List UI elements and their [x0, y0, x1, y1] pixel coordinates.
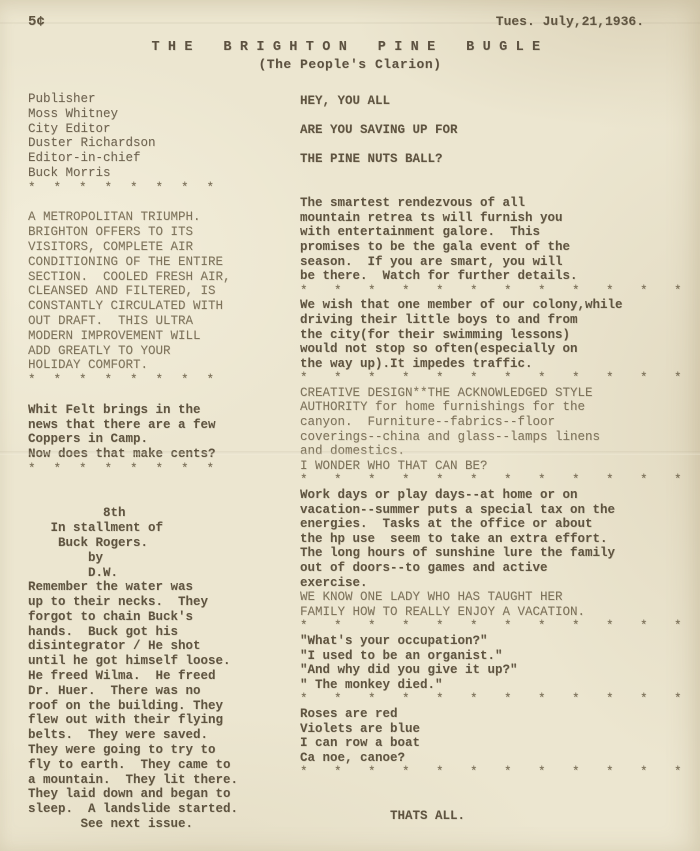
text-line: roof on the building. They — [28, 699, 300, 714]
text-line — [28, 477, 300, 492]
newspaper-page: { "header": { "price": "5¢", "date": "Tu… — [0, 0, 700, 851]
text-line: " The monkey died." — [300, 678, 698, 693]
text-line: City Editor — [28, 122, 300, 137]
vacation-item: Work days or play days--at home or onvac… — [300, 488, 698, 590]
pine-nuts-ball-headline: HEY, YOU ALLARE YOU SAVING UP FORTHE PIN… — [300, 94, 698, 196]
text-line: They were going to try to — [28, 743, 300, 758]
text-line: ADD GREATLY TO YOUR — [28, 344, 300, 359]
text-line: forgot to chain Buck's — [28, 610, 300, 625]
text-line — [300, 138, 698, 153]
text-line: Publisher — [28, 92, 300, 107]
left-column: PublisherMoss WhitneyCity EditorDuster R… — [28, 92, 300, 832]
text-line: CREATIVE DESIGN**THE ACKNOWLEDGED STYLE — [300, 386, 698, 401]
air-conditioning-article: A METROPOLITAN TRIUMPH.BRIGHTON OFFERS T… — [28, 196, 300, 374]
text-line: HEY, YOU ALL — [300, 94, 698, 109]
text-line: CONSTANTLY CIRCULATED WITH — [28, 299, 300, 314]
asterisk-separator: * * * * * * * * * * * * * * — [300, 284, 698, 299]
text-line: MODERN IMPROVEMENT WILL — [28, 329, 300, 344]
text-line: Duster Richardson — [28, 136, 300, 151]
price-label: 5¢ — [28, 14, 45, 30]
text-line: Violets are blue — [300, 722, 698, 737]
text-line: fly to earth. They came to — [28, 758, 300, 773]
text-line: Editor-in-chief — [28, 151, 300, 166]
text-line: until he got himself loose. — [28, 654, 300, 669]
text-line — [300, 109, 698, 124]
text-line: Buck Morris — [28, 166, 300, 181]
asterisk-separator: * * * * * * * * — [28, 373, 300, 388]
text-line — [300, 780, 698, 795]
text-line: with entertainment galore. This — [300, 225, 698, 240]
text-line: and domestics. — [300, 444, 698, 459]
canoe-poem: Roses are redViolets are blueI can row a… — [300, 707, 698, 765]
text-line: belts. They were saved. — [28, 728, 300, 743]
date-label: Tues. July,21,1936. — [496, 14, 644, 29]
text-line: flew out with their flying — [28, 713, 300, 728]
text-line: THATS ALL. — [300, 809, 698, 824]
text-line: He freed Wilma. He freed — [28, 669, 300, 684]
text-line: "What's your occupation?" — [300, 634, 698, 649]
text-line: D.W. — [28, 566, 300, 581]
text-line: by — [28, 551, 300, 566]
pine-nuts-ball-article: The smartest rendezvous of allmountain r… — [300, 196, 698, 284]
organist-joke: "What's your occupation?""I used to be a… — [300, 634, 698, 692]
text-line: "I used to be an organist." — [300, 649, 698, 664]
text-line: a mountain. They lit there. — [28, 773, 300, 788]
text-line: hands. Buck got his — [28, 625, 300, 640]
text-line — [28, 388, 300, 403]
text-line: be there. Watch for further details. — [300, 269, 698, 284]
text-line: Moss Whitney — [28, 107, 300, 122]
text-line: out of doors--to games and active — [300, 561, 698, 576]
text-line — [300, 795, 698, 810]
text-line: the hp use seem to take an extra effort. — [300, 532, 698, 547]
text-line: AUTHORITY for home furnishings for the — [300, 400, 698, 415]
text-line: promises to be the gala event of the — [300, 240, 698, 255]
asterisk-separator: * * * * * * * * * * * * * * — [300, 619, 698, 634]
text-line — [28, 492, 300, 507]
text-line: SECTION. COOLED FRESH AIR, — [28, 270, 300, 285]
asterisk-separator: * * * * * * * * — [28, 181, 300, 196]
text-line: "And why did you give it up?" — [300, 663, 698, 678]
text-line: Remember the water was — [28, 580, 300, 595]
text-line: I WONDER WHO THAT CAN BE? — [300, 459, 698, 474]
text-line: sleep. A landslide started. — [28, 802, 300, 817]
asterisk-separator: * * * * * * * * * * * * * * — [300, 692, 698, 707]
text-line: VISITORS, COMPLETE AIR — [28, 240, 300, 255]
asterisk-separator: * * * * * * * * * * * * * * — [300, 473, 698, 488]
text-line: Dr. Huer. There was no — [28, 684, 300, 699]
creative-design-item: CREATIVE DESIGN**THE ACKNOWLEDGED STYLEA… — [300, 386, 698, 474]
text-line: CONDITIONING OF THE ENTIRE — [28, 255, 300, 270]
text-line: news that there are a few — [28, 418, 300, 433]
text-line: THE PINE NUTS BALL? — [300, 152, 698, 167]
newspaper-title: THE BRIGHTON PINE BUGLE — [0, 40, 700, 55]
text-line: canyon. Furniture--fabrics--floor — [300, 415, 698, 430]
text-line: driving their little boys to and from — [300, 313, 698, 328]
text-line: vacation--summer puts a special tax on t… — [300, 503, 698, 518]
text-line: The long hours of sunshine lure the fami… — [300, 546, 698, 561]
text-line: BRIGHTON OFFERS TO ITS — [28, 225, 300, 240]
masthead: PublisherMoss WhitneyCity EditorDuster R… — [28, 92, 300, 181]
text-line: WE KNOW ONE LADY WHO HAS TAUGHT HER — [300, 590, 698, 605]
newspaper-subtitle: (The People's Clarion) — [0, 57, 700, 72]
text-line: OUT DRAFT. THIS ULTRA — [28, 314, 300, 329]
text-line: the way up).It impedes traffic. — [300, 357, 698, 372]
thats-all-signoff: THATS ALL. — [300, 780, 698, 824]
text-line: CLEANSED AND FILTERED, IS — [28, 284, 300, 299]
text-line: mountain retrea ts will furnish you — [300, 211, 698, 226]
text-line: They laid down and began to — [28, 787, 300, 802]
text-line: Work days or play days--at home or on — [300, 488, 698, 503]
text-line: exercise. — [300, 576, 698, 591]
text-line: Buck Rogers. — [28, 536, 300, 551]
right-column: HEY, YOU ALLARE YOU SAVING UP FORTHE PIN… — [300, 94, 698, 824]
text-line: the city(for their swimming lessons) — [300, 328, 698, 343]
text-line: disintegrator / He shot — [28, 639, 300, 654]
text-line: A METROPOLITAN TRIUMPH. — [28, 210, 300, 225]
text-line: In stallment of — [28, 521, 300, 536]
text-line: up to their necks. They — [28, 595, 300, 610]
text-line: coverings--china and glass--lamps linens — [300, 430, 698, 445]
text-line — [300, 167, 698, 182]
text-line: See next issue. — [28, 817, 300, 832]
text-line — [300, 182, 698, 197]
text-line: Roses are red — [300, 707, 698, 722]
text-line — [28, 196, 300, 211]
text-line: energies. Tasks at the office or about — [300, 517, 698, 532]
whit-felt-item: Whit Felt brings in thenews that there a… — [28, 388, 300, 462]
asterisk-separator: * * * * * * * * — [28, 462, 300, 477]
buck-rogers-story: Remember the water wasup to their necks.… — [28, 580, 300, 832]
text-line: season. If you are smart, you will — [300, 255, 698, 270]
asterisk-separator: * * * * * * * * * * * * * * — [300, 371, 698, 386]
vacation-lady-lines: WE KNOW ONE LADY WHO HAS TAUGHT HERFAMIL… — [300, 590, 698, 619]
text-line: FAMILY HOW TO REALLY ENJOY A VACATION. — [300, 605, 698, 620]
text-line: ARE YOU SAVING UP FOR — [300, 123, 698, 138]
buck-rogers-heading: 8th In stallment of Buck Rogers. by D.W. — [28, 477, 300, 581]
asterisk-separator: * * * * * * * * * * * * * * — [300, 765, 698, 780]
text-line: HOLIDAY COMFORT. — [28, 358, 300, 373]
text-line: 8th — [28, 506, 300, 521]
text-line: Ca noe, canoe? — [300, 751, 698, 766]
text-line: The smartest rendezvous of all — [300, 196, 698, 211]
text-line: Coppers in Camp. — [28, 432, 300, 447]
traffic-complaint-item: We wish that one member of our colony,wh… — [300, 298, 698, 371]
text-line: We wish that one member of our colony,wh… — [300, 298, 698, 313]
text-line: would not stop so often(especially on — [300, 342, 698, 357]
text-line: Whit Felt brings in the — [28, 403, 300, 418]
text-line: Now does that make cents? — [28, 447, 300, 462]
text-line: I can row a boat — [300, 736, 698, 751]
